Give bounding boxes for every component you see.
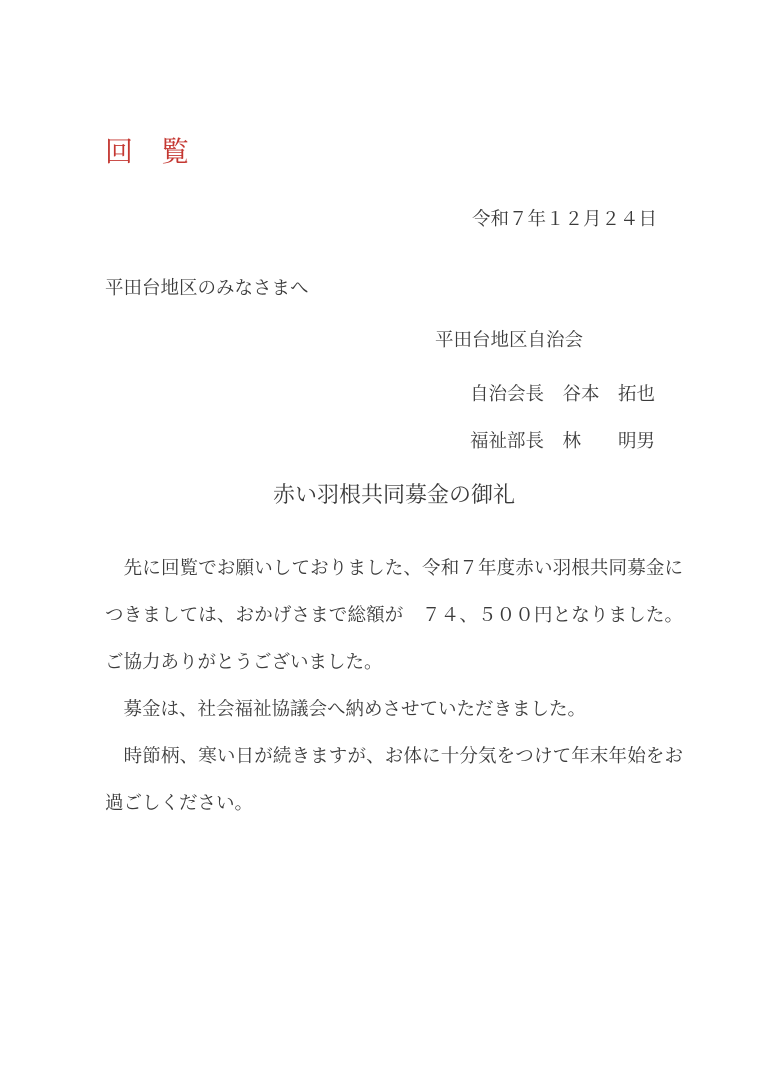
document-page: 回 覧 令和７年１２月２４日 平田台地区のみなさまへ 平田台地区自治会 自治会長… [0, 0, 768, 1087]
document-date: 令和７年１２月２４日 [0, 205, 657, 231]
body-line-6: 過ごしください。 [105, 781, 683, 828]
document-body: 先に回覧でお願いしておりました、令和７年度赤い羽根共同募金に つきましては、おか… [105, 546, 683, 828]
sender-organization: 平田台地区自治会 [435, 326, 583, 352]
circulation-label: 回 覧 [105, 130, 189, 170]
addressee-line: 平田台地区のみなさまへ [105, 274, 309, 300]
sender-officer-welfare: 福祉部長 林 明男 [470, 427, 655, 453]
document-title: 赤い羽根共同募金の御礼 [105, 478, 683, 509]
body-line-3: ご協力ありがとうございました。 [105, 640, 683, 687]
sender-officer-chairman: 自治会長 谷本 拓也 [470, 380, 655, 406]
body-line-4: 募金は、社会福祉協議会へ納めさせていただきました。 [105, 687, 683, 734]
body-line-5: 時節柄、寒い日が続きますが、お体に十分気をつけて年末年始をお [105, 734, 683, 781]
body-line-2: つきましては、おかげさまで総額が ７４、５００円となりました。 [105, 593, 683, 640]
body-line-1: 先に回覧でお願いしておりました、令和７年度赤い羽根共同募金に [105, 546, 683, 593]
